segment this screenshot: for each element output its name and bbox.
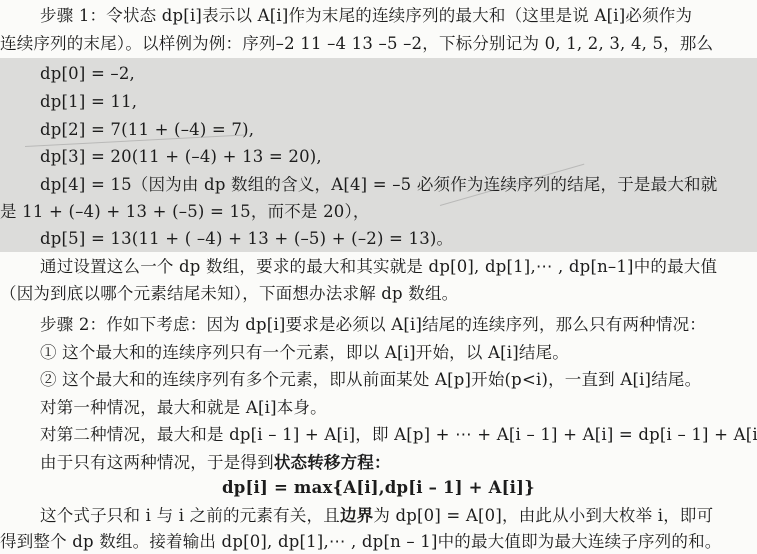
- dp1-line: dp[1] = 11,: [40, 88, 137, 116]
- summary-line-2: （因为到底以哪个元素结尾未知），下面想办法求解 dp 数组。: [0, 280, 458, 308]
- case-2-line: ② 这个最大和的连续序列有多个元素，即从前面某处 A[p]开始(p<i)，一直到…: [40, 366, 701, 394]
- dp4-line-continued: 是 11 + (–4) + 13 + (–5) = 15，而不是 20），: [0, 198, 370, 226]
- dp0-line: dp[0] = –2,: [40, 60, 135, 88]
- step2-line: 步骤 2：作如下考虑：因为 dp[i]要求是必须以 A[i]结尾的连续序列，那么…: [40, 311, 706, 339]
- boundary-text-b: 为 dp[0] = A[0]，由此从小到大枚举 i，即可: [373, 506, 713, 525]
- summary-line-1: 通过设置这么一个 dp 数组，要求的最大和其实就是 dp[0], dp[1],⋯…: [40, 253, 717, 281]
- case-1-explanation: 对第一种情况，最大和就是 A[i]本身。: [40, 394, 327, 422]
- boundary-text-a: 这个式子只和 i 与 i 之前的元素有关，且: [40, 506, 340, 525]
- dp4-line: dp[4] = 15（因为由 dp 数组的含义，A[4] = –5 必须作为连续…: [40, 171, 717, 199]
- dp5-line: dp[5] = 13(11 + ( –4) + 13 + (–5) + (–2)…: [40, 225, 453, 253]
- transition-intro-text: 由于只有这两种情况，于是得到: [40, 453, 274, 472]
- transition-intro: 由于只有这两种情况，于是得到状态转移方程：: [40, 449, 391, 477]
- dp3-line: dp[3] = 20(11 + (–4) + 13 = 20),: [40, 143, 322, 171]
- boundary-line: 这个式子只和 i 与 i 之前的元素有关，且边界为 dp[0] = A[0]，由…: [40, 502, 713, 530]
- case-1-line: ① 这个最大和的连续序列只有一个元素，即以 A[i]开始，以 A[i]结尾。: [40, 339, 569, 367]
- document-page: 步骤 1：令状态 dp[i]表示以 A[i]作为末尾的连续序列的最大和（这里是说…: [0, 0, 757, 554]
- case-2-explanation: 对第二种情况，最大和是 dp[i – 1] + A[i]，即 A[p] + ⋯ …: [40, 421, 757, 449]
- conclusion-line: 得到整个 dp 数组。接着输出 dp[0], dp[1],⋯ , dp[n – …: [0, 528, 722, 554]
- step1-line-2: 连续序列的末尾）。以样例为例：序列–2 11 –4 13 –5 –2，下标分别记…: [0, 30, 713, 58]
- boundary-term: 边界: [340, 506, 373, 525]
- transition-equation-label: 状态转移方程：: [274, 453, 391, 472]
- step1-line-1: 步骤 1：令状态 dp[i]表示以 A[i]作为末尾的连续序列的最大和（这里是说…: [40, 2, 692, 30]
- state-transition-equation: dp[i] = max{A[i],dp[i – 1] + A[i]}: [0, 474, 757, 502]
